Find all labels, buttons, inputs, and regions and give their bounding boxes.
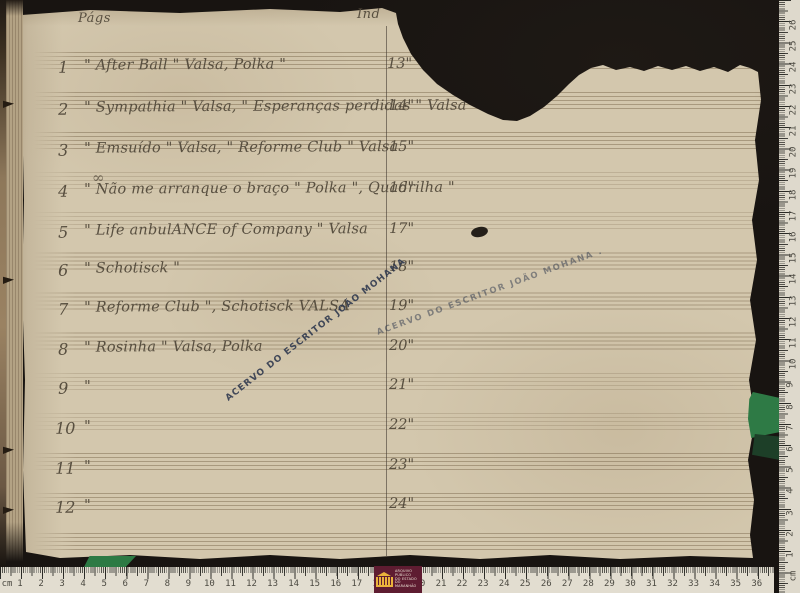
ruler-label: 16 (788, 232, 798, 243)
entry-page-number: 17" (389, 221, 414, 237)
entry-title: " Reforme Club ", Schotisck VALSA (84, 298, 350, 315)
ruler-label: 14 (288, 579, 299, 589)
ruler-label: 15 (309, 579, 320, 589)
ruler-label: 28 (583, 579, 594, 589)
archive-logo-text: ARQUIVO PÚBLICO DO ESTADO DO MARANHÃO (395, 570, 420, 590)
ruler-label: 11 (788, 338, 798, 349)
ruler-label: 7 (786, 425, 796, 430)
entry-title: " Life anbulANCE of Company " Valsa (84, 221, 368, 238)
entry-title: " Rosinha " Valsa, Polka (84, 339, 263, 356)
entry-page-number: 21" (389, 377, 414, 393)
ruler-label: 11 (225, 579, 236, 589)
entry-title: " (84, 498, 91, 514)
ruler-label: 35 (730, 579, 741, 589)
entry-number: 6 (58, 261, 68, 280)
entry-number: 9 (58, 379, 68, 398)
entry-number: 11 (55, 459, 75, 478)
archive-logo: ARQUIVO PÚBLICO DO ESTADO DO MARANHÃO (374, 566, 422, 593)
index-entry: ∞ 4 " Não me arranque o braço " Polka ",… (0, 178, 790, 182)
ruler-label: 21 (436, 579, 447, 589)
ruler-label: 8 (165, 579, 170, 589)
ruler-label: 3 (59, 579, 64, 589)
ruler-label: 23 (788, 83, 798, 94)
column-header-pages: Págs (78, 11, 111, 26)
column-header-index: Ind (357, 7, 380, 22)
index-entry: 12 " 24" (0, 494, 790, 498)
ruler-label: 9 (186, 579, 191, 589)
index-entry: 1 " After Ball " Valsa, Polka " 13" (0, 54, 790, 58)
ruler-label: 32 (667, 579, 678, 589)
entry-number: 1 (58, 58, 68, 77)
ruler-label: 30 (625, 579, 636, 589)
entry-number: 7 (58, 300, 68, 319)
handwritten-index: Págs Ind 1 " After Ball " Valsa, Polka "… (0, 0, 800, 593)
ruler-label: 26 (541, 579, 552, 589)
entry-number: 2 (58, 100, 68, 119)
ruler-label: 6 (123, 579, 128, 589)
index-entry: 9 " 21" (0, 375, 790, 379)
entry-title: " (84, 419, 91, 435)
ruler-label: 8 (786, 404, 796, 409)
ruler-label: 17 (351, 579, 362, 589)
entry-number: 12 (55, 498, 75, 517)
ruler-label: 26 (788, 20, 798, 31)
ruler-label: 9 (786, 383, 796, 388)
ruler-label: 17 (788, 210, 798, 221)
entry-number: 5 (58, 223, 68, 242)
ruler-label: 31 (646, 579, 657, 589)
entry-page-number: 24" (389, 496, 414, 512)
entry-number: 8 (58, 340, 68, 359)
ruler-label: 27 (562, 579, 573, 589)
entry-page-number: 19" (389, 298, 414, 314)
index-entry: 3 " Emsuído " Valsa, " Reforme Club " Va… (0, 137, 790, 141)
ruler-label: 6 (786, 446, 796, 451)
entry-page-number: 14" (389, 98, 414, 114)
entry-page-number: 16" (389, 180, 414, 196)
archive-building-icon (376, 572, 393, 587)
index-entry: 8 " Rosinha " Valsa, Polka 20" (0, 336, 790, 340)
ruler-label: 36 (751, 579, 762, 589)
ruler-label: 3 (786, 510, 796, 515)
vertical-cm-ruler: 2625242322212019181716151413121110987654… (779, 0, 800, 593)
ruler-label: 19 (788, 168, 798, 179)
ruler-label: 10 (788, 359, 798, 370)
ruler-label: cm (788, 571, 798, 582)
entry-page-number: 23" (389, 457, 414, 473)
entry-page-number: 13" (387, 56, 412, 72)
ruler-label: 5 (786, 467, 796, 472)
ruler-label: 20 (788, 147, 798, 158)
entry-title: " (84, 379, 91, 395)
ruler-label: 25 (788, 41, 798, 52)
entry-title: " (84, 459, 91, 475)
ruler-label: 2 (786, 531, 796, 536)
ruler-label: 16 (330, 579, 341, 589)
entry-title: " After Ball " Valsa, Polka " (84, 57, 286, 74)
ruler-label: 22 (788, 104, 798, 115)
entry-number: 4 (58, 182, 68, 201)
ruler-label: 21 (788, 126, 798, 137)
ruler-label: 18 (788, 189, 798, 200)
ruler-label: 29 (604, 579, 615, 589)
ruler-label: 24 (788, 62, 798, 73)
index-entry: 10 " 22" (0, 415, 790, 419)
ruler-label: 34 (709, 579, 720, 589)
ruler-label: 13 (267, 579, 278, 589)
ruler-label: 7 (144, 579, 149, 589)
scanned-manuscript-page: Págs Ind 1 " After Ball " Valsa, Polka "… (0, 0, 800, 593)
index-entry: 11 " 23" (0, 455, 790, 459)
entry-title: " Emsuído " Valsa, " Reforme Club " Vals… (84, 139, 398, 157)
ruler-label: 22 (457, 579, 468, 589)
ruler-label: 24 (499, 579, 510, 589)
entry-page-number: 15" (389, 139, 414, 155)
ruler-label: 25 (520, 579, 531, 589)
ruler-label: 5 (101, 579, 106, 589)
index-entry: 5 " Life anbulANCE of Company " Valsa 17… (0, 219, 790, 223)
ruler-label: 23 (478, 579, 489, 589)
ruler-label: cm (2, 579, 13, 589)
ruler-label: 1 (786, 552, 796, 557)
logo-text-line: DO MARANHÃO (395, 581, 420, 589)
entry-number: 10 (55, 419, 75, 438)
ruler-label: 15 (788, 253, 798, 264)
entry-title: " Schotisck " (84, 260, 180, 277)
ruler-label: 14 (788, 274, 798, 285)
ruler-label: 4 (80, 579, 85, 589)
ruler-label: 12 (246, 579, 257, 589)
ruler-label: 33 (688, 579, 699, 589)
entry-number: 3 (58, 141, 68, 160)
ruler-label: 4 (786, 489, 796, 494)
ruler-label: 13 (788, 295, 798, 306)
ruler-label: 1 (17, 579, 22, 589)
ruler-label: 10 (204, 579, 215, 589)
entry-page-number: 20" (389, 338, 414, 354)
index-entry: 7 " Reforme Club ", Schotisck VALSA 19" (0, 296, 790, 300)
ruler-label: 12 (788, 316, 798, 327)
ruler-label: 2 (38, 579, 43, 589)
entry-page-number: 22" (389, 417, 414, 433)
index-entry: 2 " Sympathia " Valsa, " Esperanças perd… (0, 96, 790, 100)
